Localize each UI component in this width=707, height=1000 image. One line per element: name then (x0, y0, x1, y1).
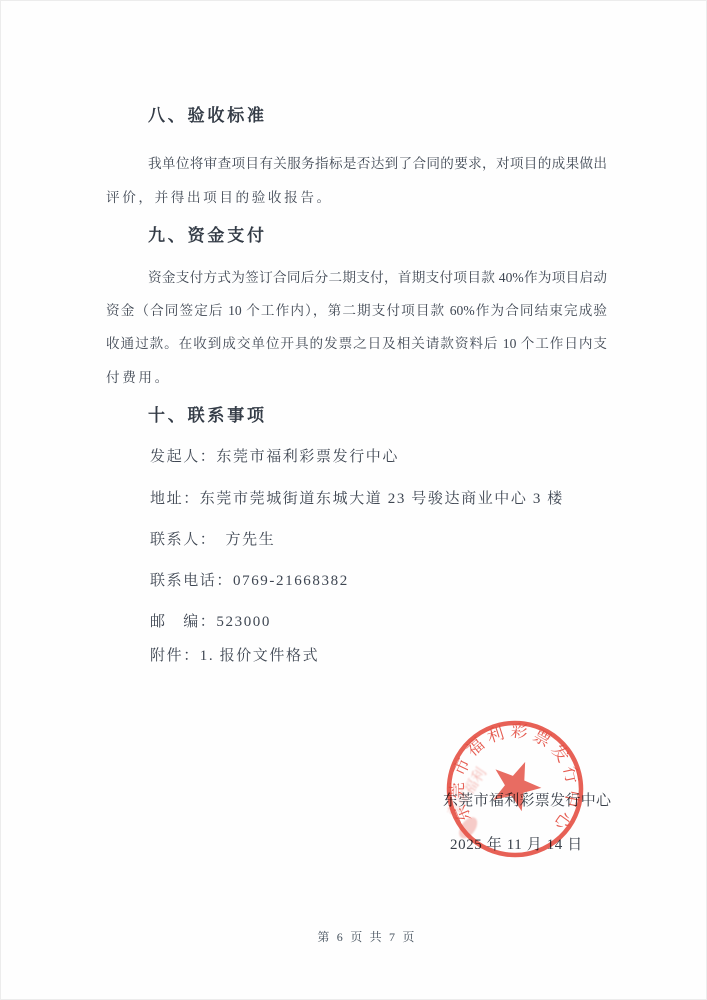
section-heading-payment: 九、资金支付 (148, 226, 267, 246)
contact-line-person: 联系人： 方先生 (150, 531, 275, 549)
paragraph-line: 付费用。 (106, 369, 607, 387)
section-heading-contact: 十、联系事项 (148, 406, 267, 426)
official-seal-stamp-icon: 东莞市福利彩票发行中心 莞市福利 (430, 704, 600, 874)
paragraph-line: 评价，并得出项目的验收报告。 (106, 189, 607, 207)
section-heading-acceptance: 八、验收标准 (148, 106, 267, 126)
contact-line-address: 地址：东莞市莞城街道东城大道 23 号骏达商业中心 3 楼 (150, 490, 564, 508)
paragraph-line: 我单位将审查项目有关服务指标是否达到了合同的要求，对项目的成果做出 (106, 155, 607, 173)
paragraph-line: 资金支付方式为签订合同后分二期支付，首期支付项目款 40%作为项目启动 (106, 269, 607, 287)
contact-line-initiator: 发起人：东莞市福利彩票发行中心 (150, 448, 399, 466)
page-number-footer: 第 6 页 共 7 页 (0, 928, 707, 945)
contact-line-attachment: 附件：1. 报价文件格式 (150, 647, 319, 665)
contact-line-postcode: 邮 编：523000 (150, 613, 271, 631)
seal-star-icon (485, 753, 548, 815)
paragraph-line: 资金（合同签定后 10 个工作内），第二期支付项目款 60%作为合同结束完成验 (106, 302, 607, 320)
contact-line-phone: 联系电话：0769-21668382 (150, 572, 349, 590)
scanned-document-page: { "doc": { "sections": [ { "heading": "八… (0, 0, 707, 1000)
paragraph-line: 收通过款。在收到成交单位开具的发票之日及相关请款资料后 10 个工作日内支 (106, 335, 607, 353)
